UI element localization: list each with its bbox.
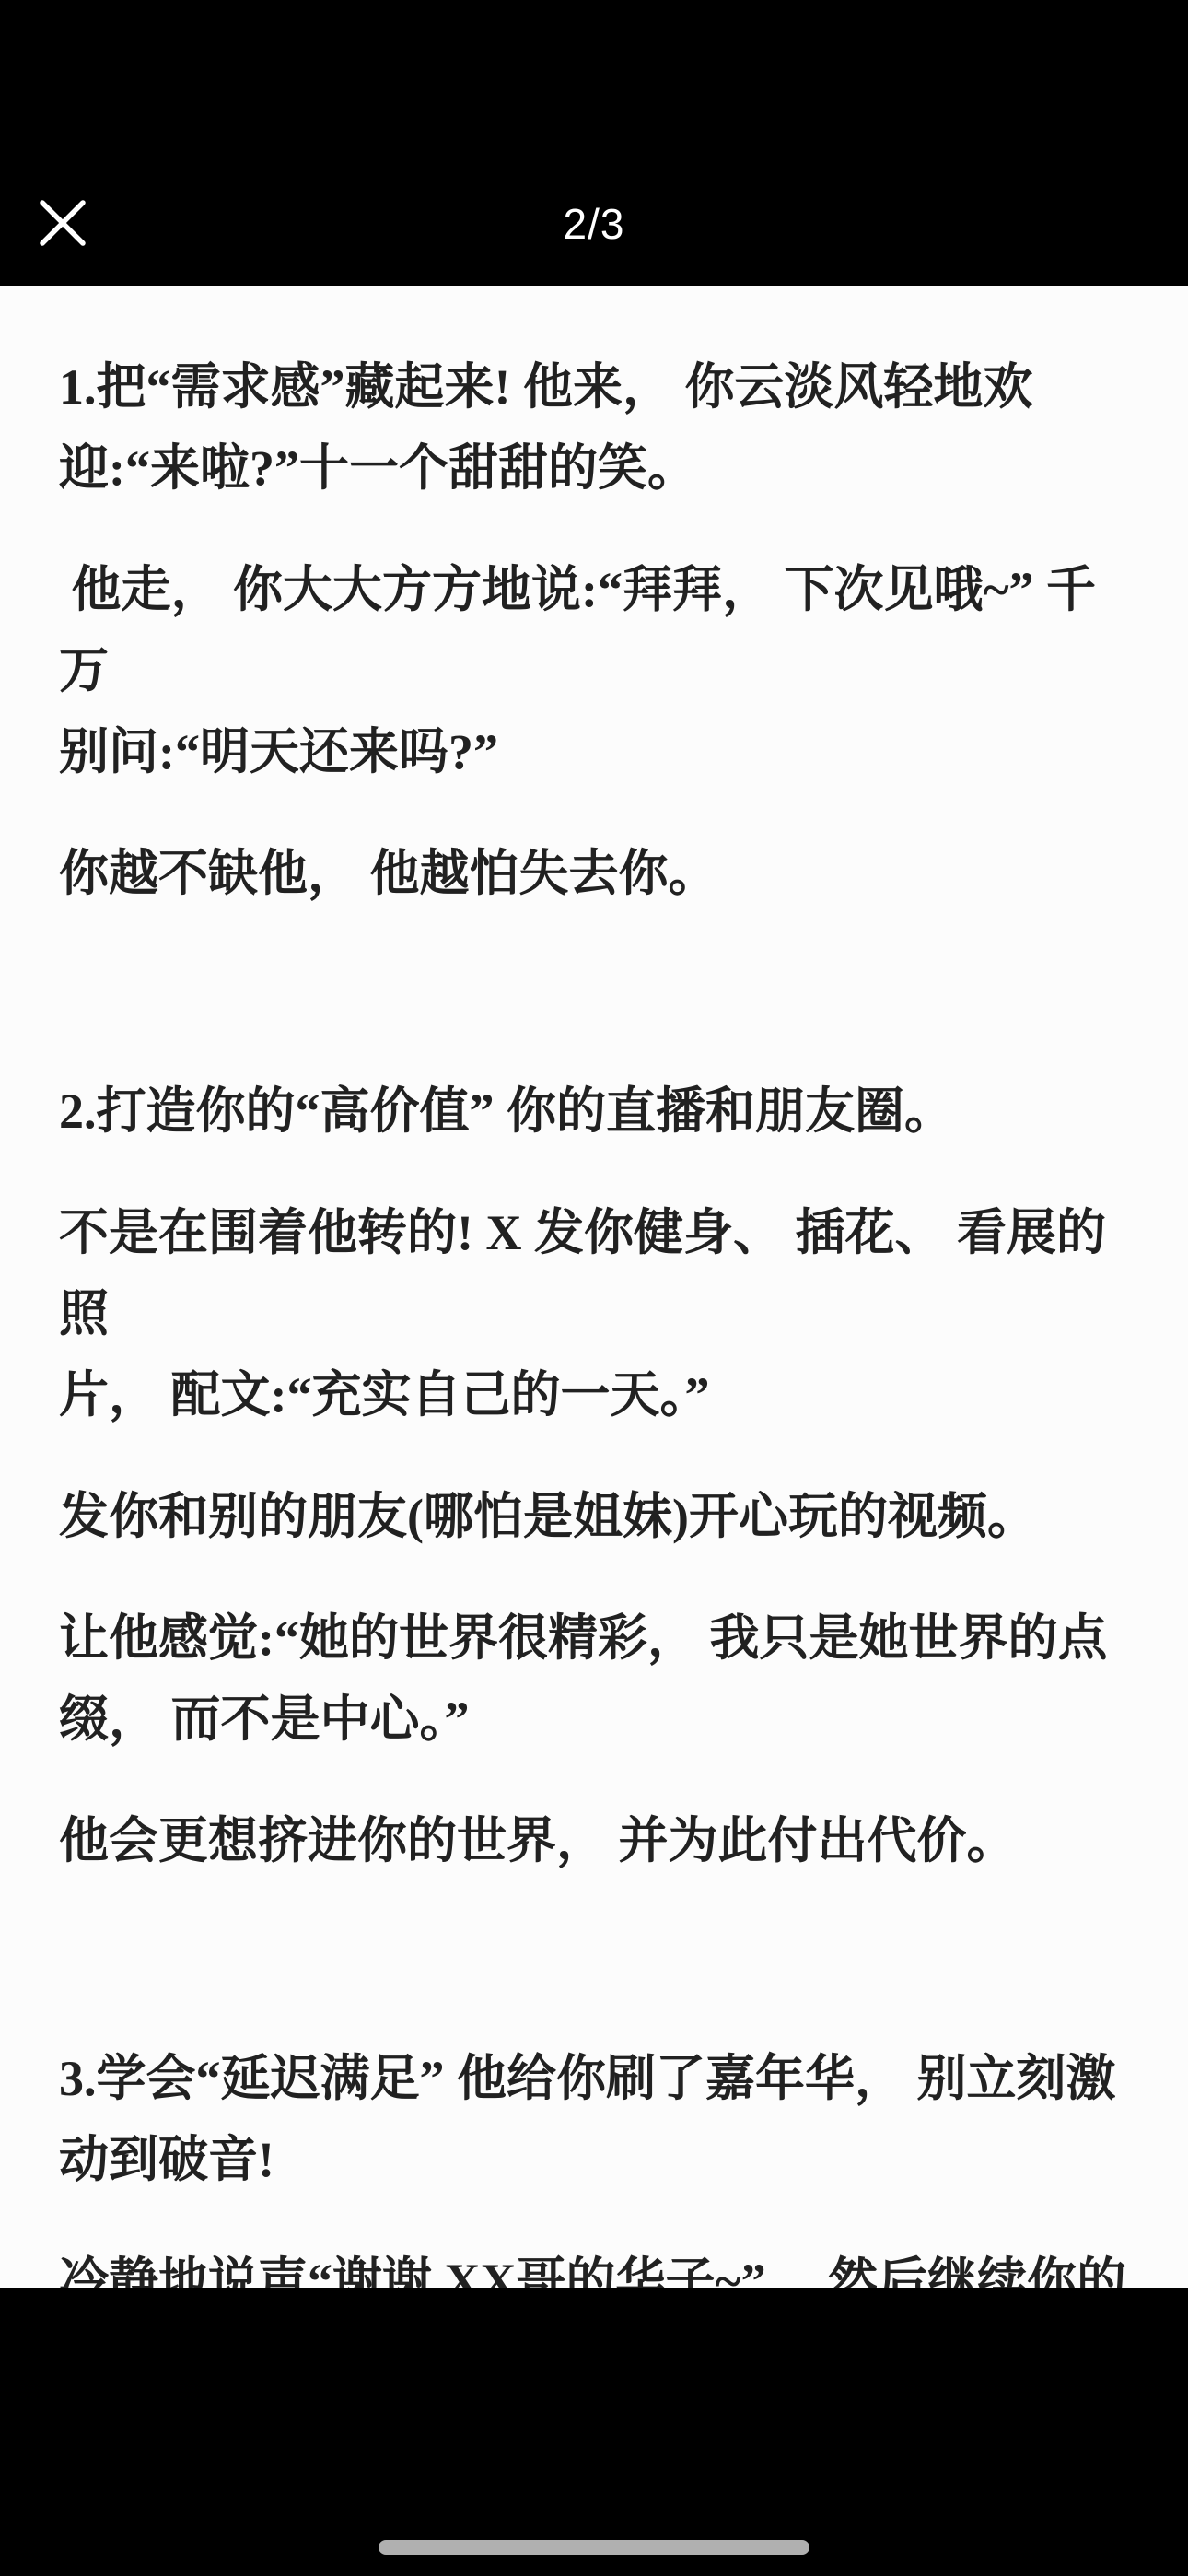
- viewer-header: 2/3: [0, 0, 1188, 286]
- page-indicator: 2/3: [0, 199, 1188, 249]
- close-button[interactable]: [28, 188, 98, 258]
- viewer-footer: [0, 2288, 1188, 2576]
- home-indicator[interactable]: [379, 2540, 809, 2555]
- document-page[interactable]: 1.把“需求感”藏起来! 他来， 你云淡风轻地欢 迎:“来啦?”十一个甜甜的笑。…: [0, 286, 1188, 2288]
- paragraph: 让他感觉:“她的世界很精彩， 我只是她世界的点 缀， 而不是中心。”: [59, 1598, 1129, 1760]
- paragraph: 他会更想挤进你的世界， 并为此付出代价。: [59, 1800, 1129, 1881]
- image-viewer-screen: 2/3 1.把“需求感”藏起来! 他来， 你云淡风轻地欢 迎:“来啦?”十一个甜…: [0, 0, 1188, 2576]
- paragraph-tip1-heading: 1.把“需求感”藏起来! 他来， 你云淡风轻地欢 迎:“来啦?”十一个甜甜的笑。: [59, 346, 1129, 509]
- paragraph: 发你和别的朋友(哪怕是姐妹)开心玩的视频。: [59, 1476, 1129, 1557]
- paragraph: 冷静地说声“谢谢 XX哥的华子~”， 然后继续你的 直播节奏。: [59, 2241, 1129, 2288]
- paragraph-tip3-heading: 3.学会“延迟满足” 他给你刷了嘉年华， 别立刻激 动到破音!: [59, 2038, 1129, 2200]
- paragraph: 你越不缺他， 他越怕失去你。: [59, 833, 1129, 914]
- close-icon: [38, 198, 87, 248]
- paragraph: 不是在围着他转的! X 发你健身、 插花、 看展的照 片， 配文:“充实自己的一…: [59, 1192, 1129, 1435]
- paragraph: 他走， 你大大方方地说:“拜拜， 下次见哦~” 千万 别问:“明天还来吗?”: [59, 549, 1129, 792]
- paragraph-tip2-heading: 2.打造你的“高价值” 你的直播和朋友圈。: [59, 1071, 1129, 1152]
